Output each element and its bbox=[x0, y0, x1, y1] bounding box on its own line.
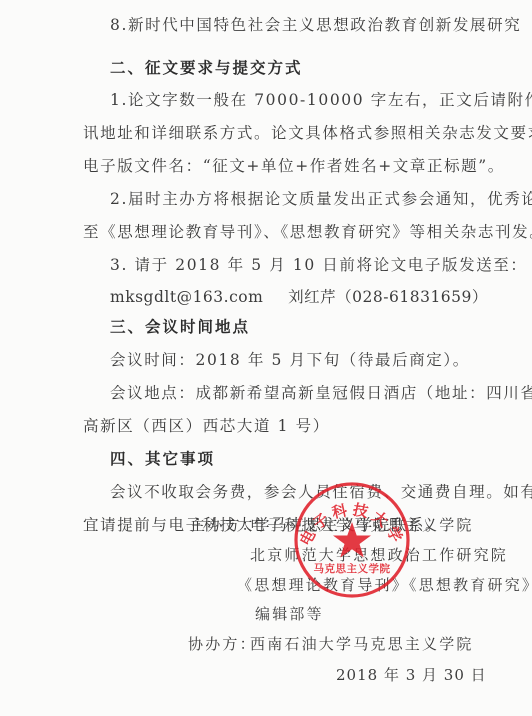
co-host-1: 西南石油大学马克思主义学院 bbox=[250, 633, 474, 654]
section-2-contact: mksgdlt@163.com 刘红芹（028-61831659） bbox=[110, 285, 488, 307]
document-date: 2018 年 3 月 30 日 bbox=[336, 664, 487, 685]
email-address: mksgdlt@163.com bbox=[110, 288, 263, 306]
section-3-place-line2: 高新区（西区）西芯大道 1 号） bbox=[83, 414, 330, 436]
host-label: 主办方： bbox=[190, 514, 259, 535]
section-2-p2-line1: 2.届时主办方将根据论文质量发出正式参会通知，优秀论文推荐 bbox=[110, 187, 532, 209]
contact-person: 刘红芹（028-61831659） bbox=[288, 288, 488, 306]
section-3-time: 会议时间：2018 年 5 月下旬（待最后商定）。 bbox=[110, 348, 470, 370]
section-4-line1: 会议不收取会务费，参会人员住宿费、交通费自理。如有其他事 bbox=[110, 480, 532, 502]
section-4-heading: 四、其它事项 bbox=[110, 447, 215, 469]
section-2-p1-line3: 电子版文件名：“征文+单位+作者姓名+文章正标题”。 bbox=[83, 154, 505, 176]
section-3-place-line1: 会议地点：成都新希望高新皇冠假日酒店（地址：四川省成都市 bbox=[110, 381, 532, 403]
section-2-p3-line1: 3. 请于 2018 年 5 月 10 日前将论文电子版发送至： bbox=[110, 253, 528, 275]
host-3: 《思想理论教育导刊》《思想教育研究》 bbox=[237, 574, 532, 595]
host-1: 电子科技大学马克思主义学院 bbox=[250, 514, 474, 535]
document-page: 8.新时代中国特色社会主义思想政治教育创新发展研究 二、征文要求与提交方式 1.… bbox=[0, 0, 532, 716]
section-2-p2-line2: 至《思想理论教育导刊》、《思想教育研究》等相关杂志刊发。 bbox=[83, 220, 532, 242]
item-8: 8.新时代中国特色社会主义思想政治教育创新发展研究 bbox=[110, 13, 521, 35]
section-2-heading: 二、征文要求与提交方式 bbox=[110, 56, 303, 78]
section-2-p1-line1: 1.论文字数一般在 7000-10000 字左右，正文后请附作者简介、通 bbox=[110, 88, 532, 110]
section-2-p1-line2: 讯地址和详细联系方式。论文具体格式参照相关杂志发文要求。论文 bbox=[83, 121, 532, 143]
host-2: 北京师范大学思想政治工作研究院 bbox=[250, 544, 508, 565]
co-host-label: 协办方： bbox=[188, 633, 257, 654]
section-3-heading: 三、会议时间地点 bbox=[110, 315, 250, 337]
host-4: 编辑部等 bbox=[255, 603, 324, 624]
